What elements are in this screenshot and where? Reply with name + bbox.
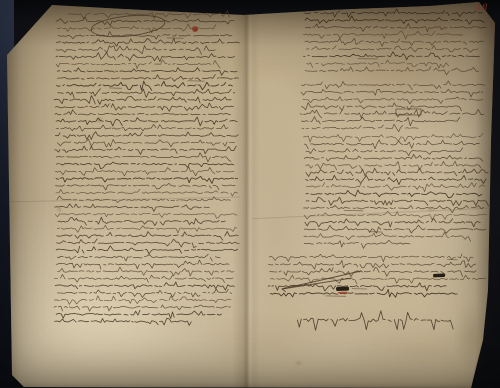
- folio-number: 18: [476, 4, 488, 14]
- manuscript-photo: 18: [0, 0, 500, 388]
- right-page: [246, 0, 500, 388]
- gutter-fold: [232, 0, 260, 388]
- paper-spread: [0, 0, 500, 388]
- left-page: [0, 0, 246, 388]
